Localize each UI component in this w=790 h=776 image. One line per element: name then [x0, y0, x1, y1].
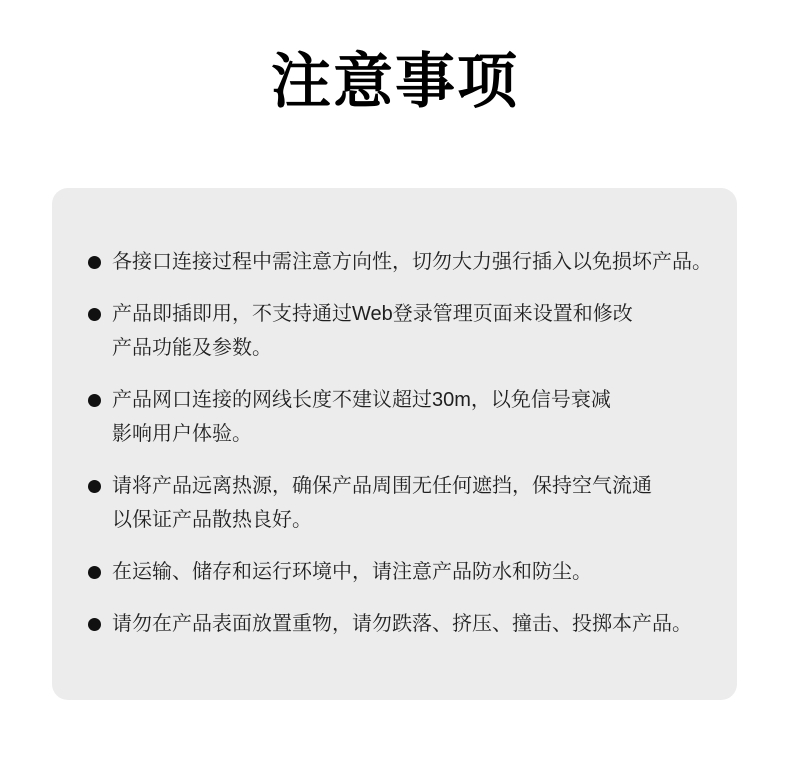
notice-panel: 各接口连接过程中需注意方向性，切勿大力强行插入以免损坏产品。 产品即插即用，不支…	[52, 188, 737, 700]
bullet-icon	[88, 308, 101, 321]
notice-item: 产品即插即用，不支持通过Web登录管理页面来设置和修改 产品功能及参数。	[88, 297, 721, 365]
notice-item-text: 请勿在产品表面放置重物，请勿跌落、挤压、撞击、投掷本产品。	[112, 607, 692, 641]
bullet-icon	[88, 480, 101, 493]
notice-item: 请将产品远离热源，确保产品周围无任何遮挡，保持空气流通 以保证产品散热良好。	[88, 469, 721, 537]
notice-item-text: 请将产品远离热源，确保产品周围无任何遮挡，保持空气流通 以保证产品散热良好。	[112, 469, 652, 537]
notice-item-text: 在运输、储存和运行环境中，请注意产品防水和防尘。	[112, 555, 592, 589]
notice-item-text: 各接口连接过程中需注意方向性，切勿大力强行插入以免损坏产品。	[112, 245, 712, 279]
page: 注意事项 各接口连接过程中需注意方向性，切勿大力强行插入以免损坏产品。 产品即插…	[0, 0, 790, 776]
bullet-icon	[88, 566, 101, 579]
notice-item: 产品网口连接的网线长度不建议超过30m，以免信号衰减 影响用户体验。	[88, 383, 721, 451]
page-title: 注意事项	[0, 48, 790, 116]
bullet-icon	[88, 618, 101, 631]
notice-item: 各接口连接过程中需注意方向性，切勿大力强行插入以免损坏产品。	[88, 245, 721, 279]
notice-item: 请勿在产品表面放置重物，请勿跌落、挤压、撞击、投掷本产品。	[88, 607, 721, 641]
notice-item-text: 产品网口连接的网线长度不建议超过30m，以免信号衰减 影响用户体验。	[112, 383, 611, 451]
notice-item: 在运输、储存和运行环境中，请注意产品防水和防尘。	[88, 555, 721, 589]
notice-item-text: 产品即插即用，不支持通过Web登录管理页面来设置和修改 产品功能及参数。	[112, 297, 633, 365]
bullet-icon	[88, 394, 101, 407]
bullet-icon	[88, 256, 101, 269]
